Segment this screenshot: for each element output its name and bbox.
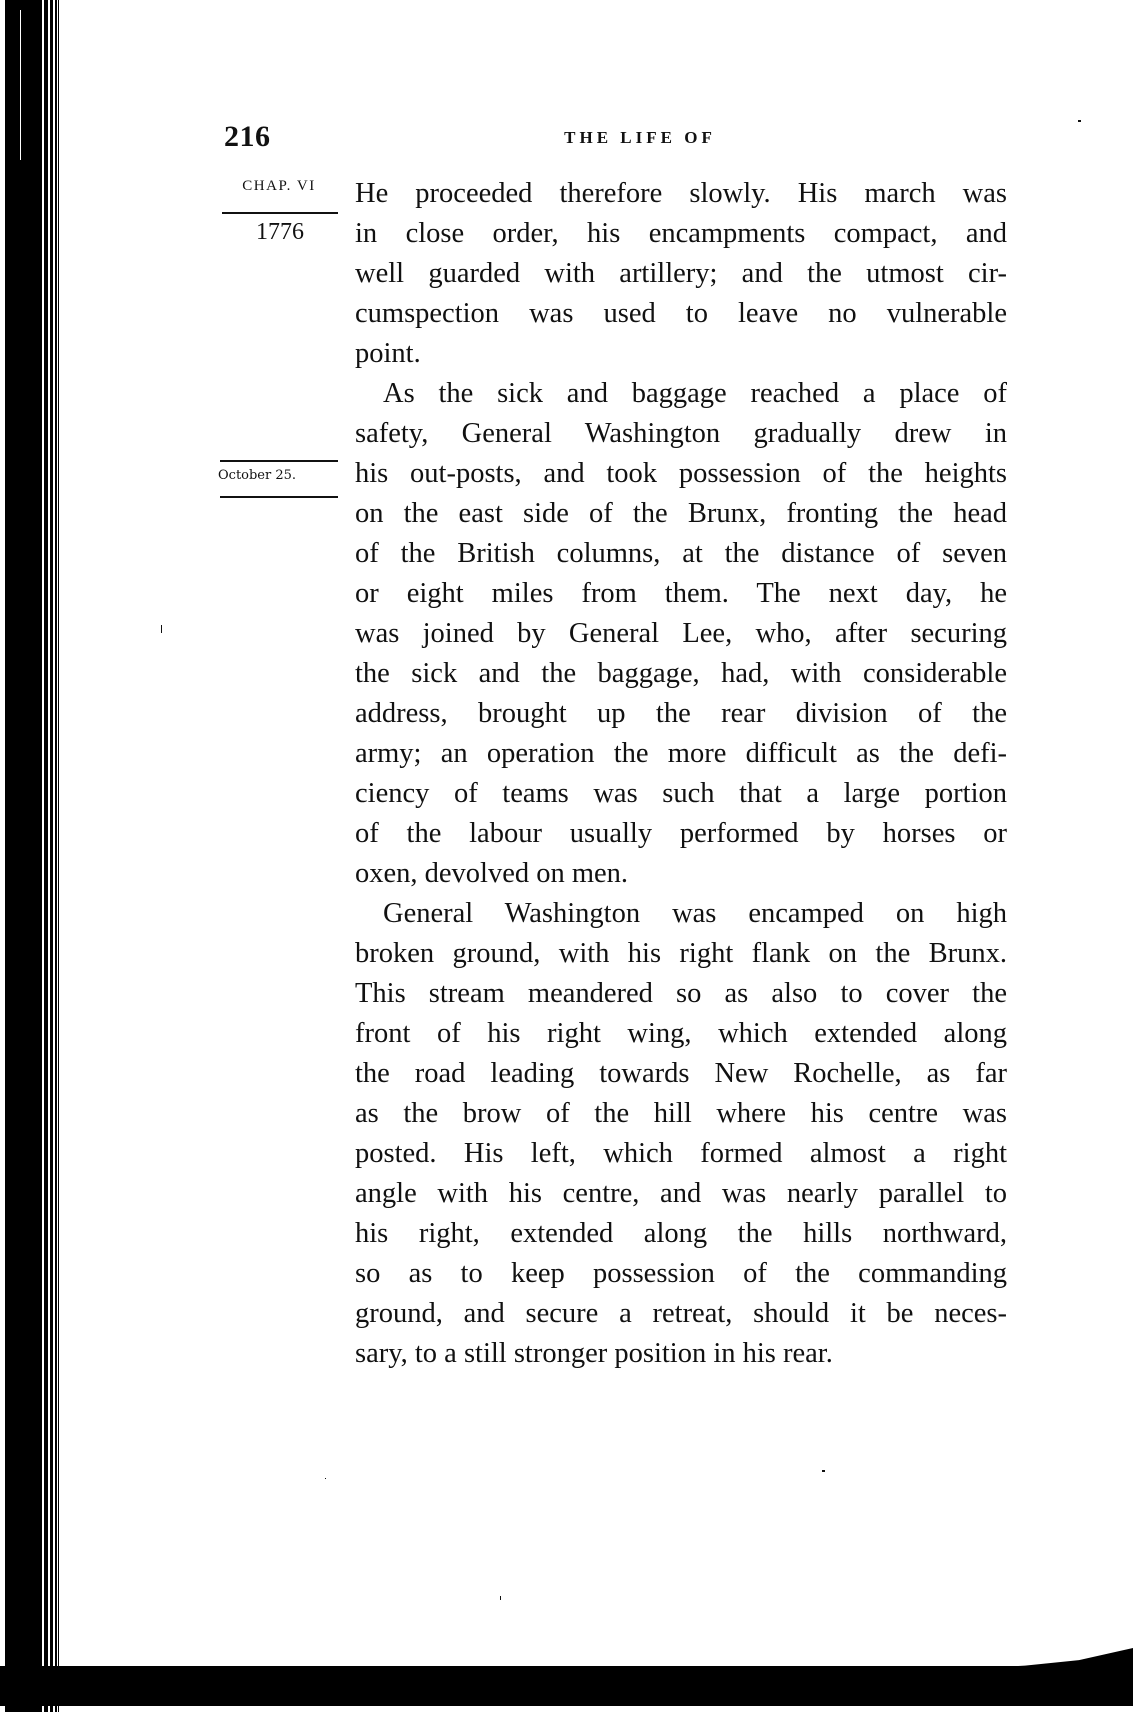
date-sidenote: October 25.: [218, 468, 318, 483]
text-line: He proceeded therefore slowly. His march…: [355, 174, 1007, 214]
text-line: oxen, devolved on men.: [355, 854, 1007, 894]
text-line: angle with his centre, and was nearly pa…: [355, 1174, 1007, 1214]
page-number: 216: [224, 120, 271, 154]
text-line: sary, to a still stronger position in hi…: [355, 1334, 1007, 1374]
scan-speck: [325, 1478, 326, 1479]
paragraph-2: As the sick and baggage reached a place …: [355, 374, 1007, 894]
text-line: This stream meandered so as also to cove…: [355, 974, 1007, 1014]
text-line: front of his right wing, which extended …: [355, 1014, 1007, 1054]
text-line: cumspection was used to leave no vulnera…: [355, 294, 1007, 334]
text-line: address, brought up the rear division of…: [355, 694, 1007, 734]
text-line: on the east side of the Brunx, fronting …: [355, 494, 1007, 534]
text-line: the road leading towards New Rochelle, a…: [355, 1054, 1007, 1094]
paragraph-1: He proceeded therefore slowly. His march…: [355, 174, 1007, 374]
text-line: ciency of teams was such that a large po…: [355, 774, 1007, 814]
paragraph-3: General Washington was encamped on high …: [355, 894, 1007, 1374]
book-binding-edge: [0, 0, 62, 1712]
scan-speck: [161, 625, 162, 633]
text-line: was joined by General Lee, who, after se…: [355, 614, 1007, 654]
body-text: He proceeded therefore slowly. His march…: [355, 174, 1007, 1374]
scan-bottom-edge: [0, 1666, 1133, 1706]
chapter-sidenote: CHAP. VI: [218, 178, 340, 195]
scan-speck: [500, 1596, 501, 1600]
text-line: of the labour usually performed by horse…: [355, 814, 1007, 854]
scan-speck: [1078, 120, 1081, 122]
text-line: well guarded with artillery; and the utm…: [355, 254, 1007, 294]
text-line: so as to keep possession of the commandi…: [355, 1254, 1007, 1294]
text-line: army; an operation the more difficult as…: [355, 734, 1007, 774]
text-line: broken ground, with his right flank on t…: [355, 934, 1007, 974]
running-head: THE LIFE OF: [540, 128, 740, 148]
date-rule-top: [220, 460, 338, 462]
text-line: As the sick and baggage reached a place …: [355, 374, 1007, 414]
text-line: his out-posts, and took possession of th…: [355, 454, 1007, 494]
text-line: his right, extended along the hills nort…: [355, 1214, 1007, 1254]
text-line: ground, and secure a retreat, should it …: [355, 1294, 1007, 1334]
date-rule-bottom: [220, 496, 338, 498]
text-line: in close order, his encampments compact,…: [355, 214, 1007, 254]
text-line: of the British columns, at the distance …: [355, 534, 1007, 574]
scan-speck: [822, 1470, 825, 1472]
text-line: or eight miles from them. The next day, …: [355, 574, 1007, 614]
text-line: safety, General Washington gradually dre…: [355, 414, 1007, 454]
year-sidenote: 1776: [222, 219, 338, 246]
text-line: General Washington was encamped on high: [355, 894, 1007, 934]
text-line: as the brow of the hill where his centre…: [355, 1094, 1007, 1134]
binding-streak: [20, 10, 21, 160]
text-line: posted. His left, which formed almost a …: [355, 1134, 1007, 1174]
text-line: point.: [355, 334, 1007, 374]
sidenote-rule: [222, 212, 338, 214]
text-line: the sick and the baggage, had, with cons…: [355, 654, 1007, 694]
